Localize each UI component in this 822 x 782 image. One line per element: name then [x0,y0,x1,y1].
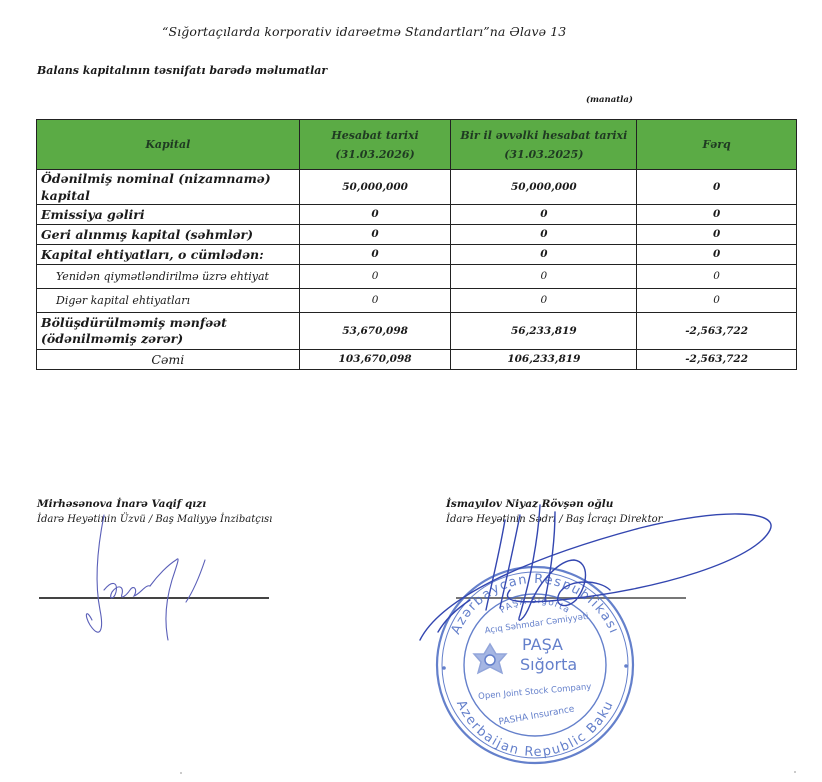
header-difference: Fərq [637,120,797,170]
table-row: Geri alınmış kapital (səhmlər) 0 0 0 [37,225,797,245]
svg-text:Open Joint Stock Company: Open Joint Stock Company [478,682,592,702]
annex-title: “Sığortaçılarda korporativ idarəetmə Sta… [162,24,566,39]
row-label: Geri alınmış kapital (səhmlər) [37,225,300,245]
table-row: Ödənilmiş nominal (nizamnamə) kapital 50… [37,170,797,205]
cell-diff: 0 [637,205,797,225]
cell-diff: 0 [637,225,797,245]
signer-right-name: İsmayılov Niyaz Rövşən oğlu [446,496,662,512]
row-label: Bölüşdürülməmiş mənfəət (ödənilməmiş zər… [37,313,300,350]
header-current-date: Hesabat tarixi (31.03.2026) [299,120,451,170]
cell-prior: 0 [451,265,637,289]
table-row: Kapital ehtiyatları, o cümlədən: 0 0 0 [37,245,797,265]
table-row: Bölüşdürülməmiş mənfəət (ödənilməmiş zər… [37,313,797,350]
cell-prior: 0 [451,245,637,265]
signature-left-icon [86,515,205,640]
cell-current: 0 [299,225,451,245]
cell-prior: 0 [451,225,637,245]
svg-text:PAŞA: PAŞA [522,635,563,654]
row-label-total: Cəmi [37,350,300,370]
cell-prior-total: 106,233,819 [451,350,637,370]
cell-prior: 0 [451,205,637,225]
cell-diff: -2,563,722 [637,313,797,350]
cell-diff: 0 [637,245,797,265]
row-label: Yenidən qiymətləndirilmə üzrə ehtiyat [37,265,300,289]
signer-left: Mirhəsənova İnarə Vaqif qızı İdarə Heyət… [37,496,272,528]
cell-current: 0 [299,245,451,265]
svg-text:Azerbaijan Republic Baku: Azerbaijan Republic Baku [453,698,617,760]
row-label: Digər kapital ehtiyatları [37,289,300,313]
cell-diff: 0 [637,265,797,289]
section-title: Balans kapitalının təsnifatı barədə məlu… [37,64,327,77]
signer-left-position: İdarə Heyətinin Üzvü / Baş Maliyyə İnzib… [37,512,272,528]
cell-diff: 0 [637,170,797,205]
cell-diff: 0 [637,289,797,313]
cell-diff-total: -2,563,722 [637,350,797,370]
row-label: Kapital ehtiyatları, o cümlədən: [37,245,300,265]
signer-right: İsmayılov Niyaz Rövşən oğlu İdarə Heyəti… [446,496,662,528]
header-prior-date: Bir il əvvəlki hesabat tarixi (31.03.202… [451,120,637,170]
cell-current: 53,670,098 [299,313,451,350]
cell-prior: 0 [451,289,637,313]
cell-prior: 50,000,000 [451,170,637,205]
cell-current-total: 103,670,098 [299,350,451,370]
svg-text:PAŞA Sığorta: PAŞA Sığorta [498,596,571,616]
table-row: Yenidən qiymətləndirilmə üzrə ehtiyat 0 … [37,265,797,289]
svg-text:Açıq Səhmdar Cəmiyyəti: Açıq Səhmdar Cəmiyyəti [484,612,589,636]
signature-line-right [456,597,686,599]
signatures-and-stamp: Azərbaycan Respublikası Azerbaijan Repub… [0,0,822,782]
header-kapital: Kapital [37,120,300,170]
signer-right-position: İdarə Heyətinin Sədri / Baş İcraçı Direk… [446,512,662,528]
cell-current: 0 [299,289,451,313]
signer-left-name: Mirhəsənova İnarə Vaqif qızı [37,496,272,512]
cell-current: 50,000,000 [299,170,451,205]
svg-text:Azərbaycan Respublikası: Azərbaycan Respublikası [449,572,622,637]
cell-current: 0 [299,265,451,289]
table-header-row: Kapital Hesabat tarixi (31.03.2026) Bir … [37,120,797,170]
scan-speck [794,771,796,773]
table-row: Digər kapital ehtiyatları 0 0 0 [37,289,797,313]
signature-line-left [39,597,269,599]
scan-speck [180,772,182,774]
cell-current: 0 [299,205,451,225]
row-label: Ödənilmiş nominal (nizamnamə) kapital [37,170,300,205]
cell-prior: 56,233,819 [451,313,637,350]
table-total-row: Cəmi 103,670,098 106,233,819 -2,563,722 [37,350,797,370]
row-label: Emissiya gəliri [37,205,300,225]
unit-note: (manatla) [586,95,633,105]
svg-text:PASHA Insurance: PASHA Insurance [498,704,576,727]
svg-text:Sığorta: Sığorta [520,655,577,674]
capital-table: Kapital Hesabat tarixi (31.03.2026) Bir … [36,119,797,370]
table-row: Emissiya gəliri 0 0 0 [37,205,797,225]
